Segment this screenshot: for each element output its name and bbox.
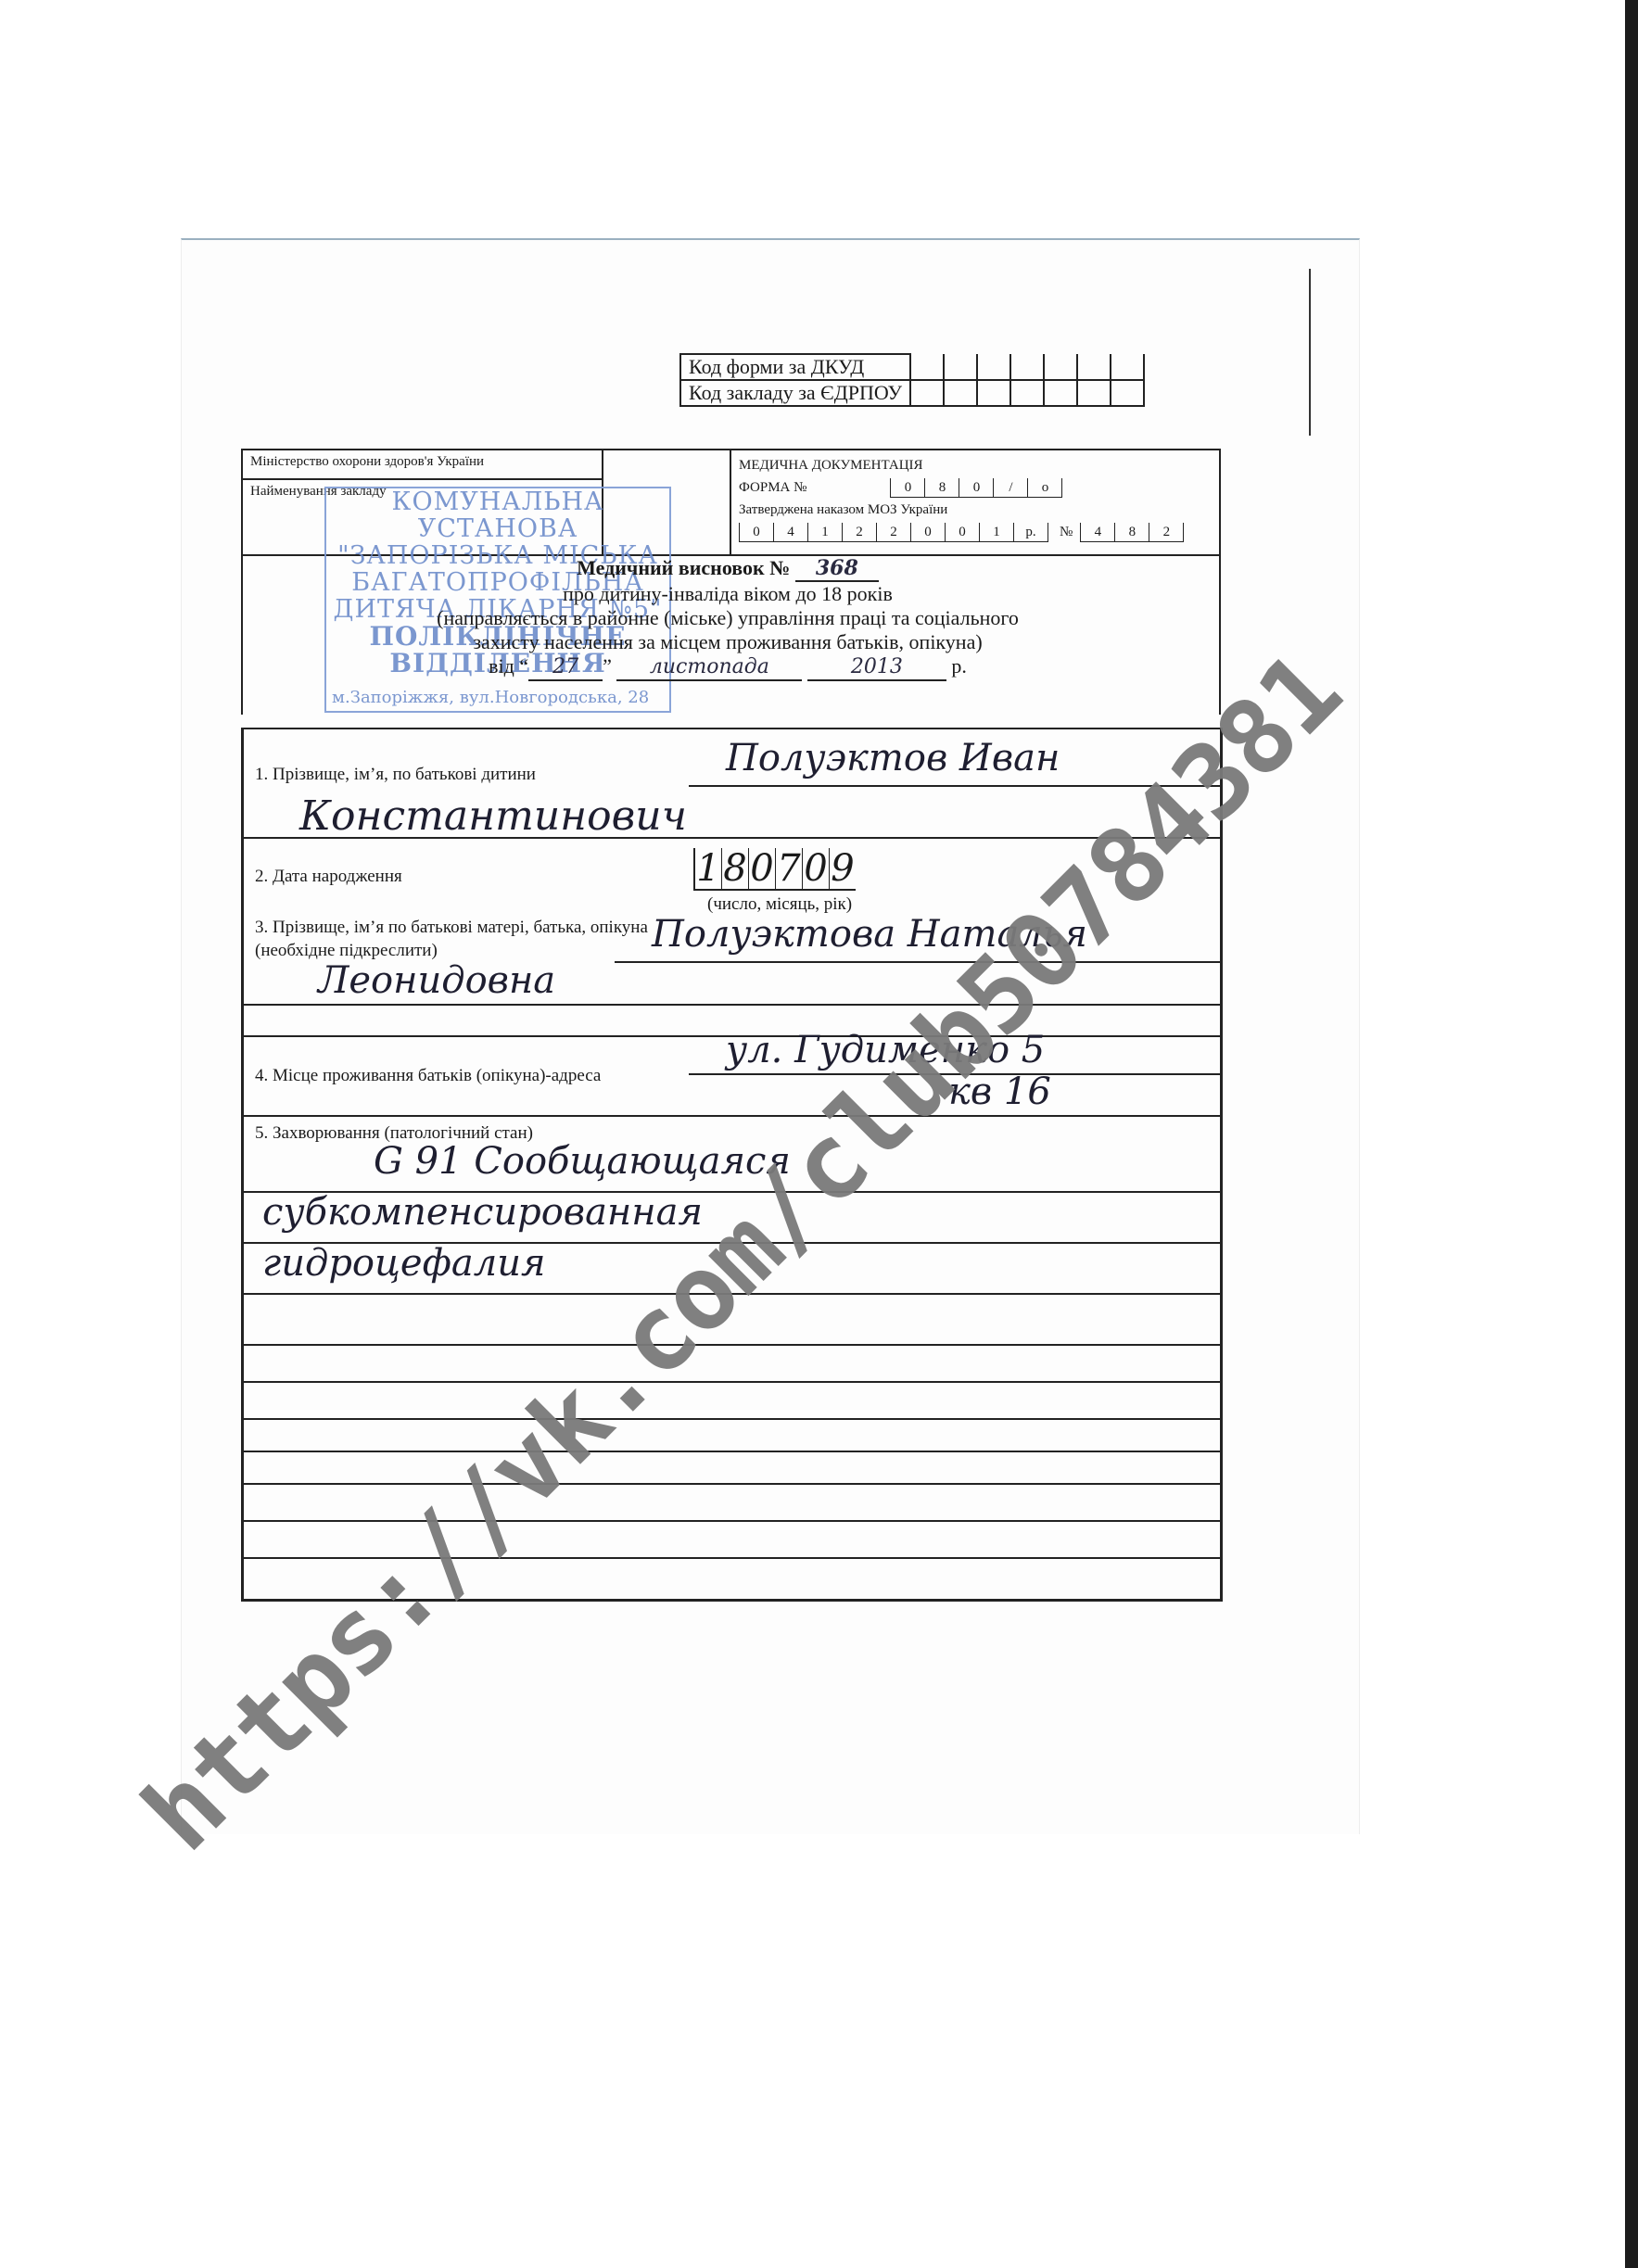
stamp-line: КОМУНАЛЬНА УСТАНОВА bbox=[326, 488, 669, 542]
form-codes-table: Код форми за ДКУД Код закладу за ЄДРПОУ bbox=[679, 353, 1145, 407]
order-no-label: № bbox=[1060, 525, 1073, 540]
title-prefix: Медичний висновок № bbox=[577, 556, 790, 579]
conclusion-number: 368 bbox=[795, 556, 879, 582]
title-note-1: (направляється в районне (міське) управл… bbox=[362, 606, 1094, 630]
date-month: листопада bbox=[616, 655, 802, 681]
title-note-2: захисту населення за місцем проживання б… bbox=[362, 630, 1094, 654]
digit-cell: р. bbox=[1013, 523, 1048, 541]
parent-name-note: (необхідне підкреслити) bbox=[255, 941, 438, 961]
birth-date-hint: (число, місяць, рік) bbox=[707, 894, 852, 915]
stamp-address: м.Запоріжжя, вул.Новгородська, 28 bbox=[332, 688, 649, 707]
digit-cell: 1 bbox=[807, 523, 842, 541]
digit-cell: 4 bbox=[773, 523, 807, 541]
digit-cell: 1 bbox=[693, 848, 721, 889]
digit-cell: 0 bbox=[959, 478, 993, 497]
title-subject: про дитину-інваліда віком до 18 років bbox=[362, 582, 1094, 606]
form-no-digits: 080/о bbox=[890, 478, 1062, 498]
diagnosis-line1: G 91 Сообщающаяся bbox=[374, 1140, 791, 1183]
order-no-digits: 482 bbox=[1080, 523, 1184, 542]
digit-cell: 9 bbox=[829, 848, 856, 889]
birth-date-label: 2. Дата народження bbox=[255, 867, 402, 887]
parent-name-label: 3. Прізвище, ім’я по батькові матері, ба… bbox=[255, 918, 648, 938]
child-name-label: 1. Прізвище, ім’я, по батькові дитини bbox=[255, 765, 536, 785]
digit-cell: 8 bbox=[924, 478, 959, 497]
address-label: 4. Місце проживання батьків (опікуна)-ад… bbox=[255, 1066, 601, 1086]
child-name-line1: Полуэктов Иван bbox=[726, 737, 1060, 779]
digit-cell: 2 bbox=[842, 523, 876, 541]
digit-cell: 2 bbox=[876, 523, 910, 541]
digit-cell: 7 bbox=[775, 848, 802, 889]
digit-cell: 4 bbox=[1081, 523, 1114, 541]
birth-date-value: 180709 bbox=[693, 848, 856, 891]
digit-cell: 0 bbox=[891, 478, 924, 497]
med-doc-block: МЕДИЧНА ДОКУМЕНТАЦІЯ ФОРМА № 080/о Затве… bbox=[731, 450, 1219, 554]
diagnosis-line2: субкомпенсированная bbox=[262, 1191, 703, 1234]
diagnosis-line3: гидроцефалия bbox=[262, 1242, 545, 1285]
scanner-edge bbox=[1625, 0, 1638, 2268]
digit-cell: 1 bbox=[979, 523, 1013, 541]
digit-cell: / bbox=[993, 478, 1027, 497]
child-name-line2: Константинович bbox=[299, 792, 687, 840]
digit-cell: 0 bbox=[802, 848, 829, 889]
margin-rule bbox=[1309, 269, 1311, 436]
date-year: 2013 bbox=[807, 655, 946, 681]
document-title: Медичний висновок № 368 про дитину-інвал… bbox=[362, 556, 1094, 681]
edrpou-label: Код закладу за ЄДРПОУ bbox=[680, 380, 910, 406]
approved-date-digits: 04122001р. bbox=[739, 523, 1048, 542]
digit-cell: 0 bbox=[945, 523, 979, 541]
date-day: 27 bbox=[528, 655, 603, 681]
med-doc-title: МЕДИЧНА ДОКУМЕНТАЦІЯ bbox=[739, 454, 1212, 476]
digit-cell: 0 bbox=[748, 848, 775, 889]
digit-cell: 8 bbox=[721, 848, 748, 889]
digit-cell: 8 bbox=[1114, 523, 1149, 541]
form-no-label: ФОРМА № bbox=[739, 480, 806, 496]
digit-cell: 0 bbox=[740, 523, 773, 541]
digit-cell: 2 bbox=[1149, 523, 1183, 541]
parent-name-line2: Леонидовна bbox=[318, 959, 555, 1002]
approved-label: Затверджена наказом МОЗ України bbox=[739, 499, 1212, 521]
ministry-name: Міністерство охорони здоров'я України bbox=[243, 450, 602, 480]
dkud-label: Код форми за ДКУД bbox=[680, 354, 910, 380]
digit-cell: 0 bbox=[910, 523, 945, 541]
digit-cell: о bbox=[1027, 478, 1061, 497]
